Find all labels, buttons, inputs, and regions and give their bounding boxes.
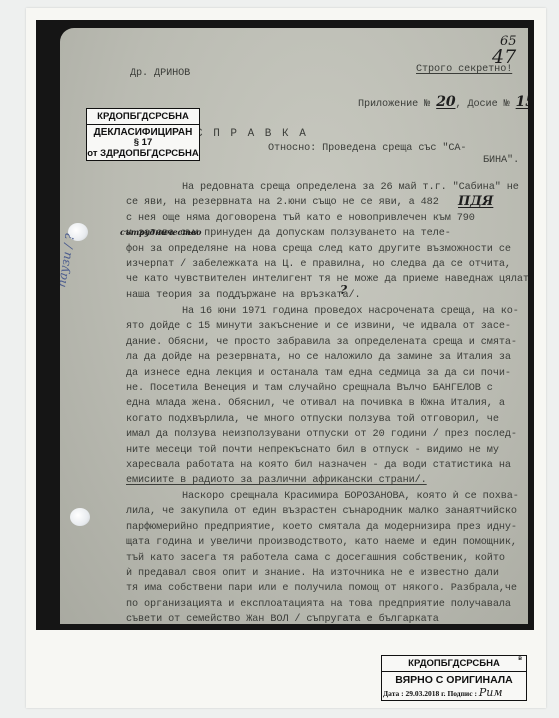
paragraph-3: Наскоро срещнала Красимира БОРОЗАНОВА, к… <box>126 489 528 624</box>
handwritten-question-mark: ? <box>340 283 347 297</box>
text-line: дание. Обясни, че просто забравила за оп… <box>126 335 528 350</box>
stamp-certified-text: ВЯРНО С ОРИГИНАЛА <box>382 672 526 686</box>
handwritten-margin-note: паузи / ? <box>60 233 77 289</box>
text-line: съвети от семейство Жан ВОЛ / съпругата … <box>126 612 528 624</box>
text-line: наша теория за поддържане на връзката/. <box>126 288 528 303</box>
text-line: ято дойде с 15 минути закъснение и се из… <box>126 319 528 334</box>
stamp-agency: КРДОПБГДСРСБНА <box>408 658 500 669</box>
signature-label: Подпис : <box>447 689 477 698</box>
appendix-label: Приложение № <box>358 99 430 110</box>
text-line: когато подхвърлила, че много отпуски пол… <box>126 412 528 427</box>
addressee: Др. ДРИНОВ <box>130 66 190 81</box>
handwritten-margin-word: сътрудничество <box>120 227 201 237</box>
text-line: с нея още няма договорена тъй като е нов… <box>126 211 528 226</box>
certified-copy-stamp: КРДОПБГДСРСБНА в ВЯРНО С ОРИГИНАЛА Дата … <box>381 655 527 701</box>
stamp-date-signature: Дата : 29.03.2018 г. Подпис : Рим <box>382 686 526 699</box>
text-line: лила, че закупила от един възрастен съна… <box>126 504 528 519</box>
stamp-section: § 17 <box>87 138 199 148</box>
paragraph-2: На 16 юни 1971 година проведох насрочена… <box>126 304 528 489</box>
signature: Рим <box>479 686 503 699</box>
date-value: 29.03.2018 г. <box>406 689 446 698</box>
handwritten-code: ПДЯ <box>458 194 493 209</box>
file-number: 15 <box>516 94 528 110</box>
text-line: тя има собствени пари или е получила пом… <box>126 581 528 596</box>
text-line: парфюмерийно предприятие, което смятала … <box>126 520 528 535</box>
text-line: Наскоро срещнала Красимира БОРОЗАНОВА, к… <box>126 489 528 504</box>
declassified-stamp: КРДОПБГДСРСБНА ДЕКЛАСИФИЦИРАН § 17 от ЗД… <box>86 108 200 161</box>
text-line: емисиите в радиото за различни африканск… <box>126 473 528 488</box>
text-line: тъй като засега тя работела сама с досег… <box>126 551 528 566</box>
text-line: щата година и увеличи производството, ка… <box>126 535 528 550</box>
text-line: ѝ предавал своя опит и знание. На източн… <box>126 566 528 581</box>
text-line: харесвала работата на която бил назначен… <box>126 458 528 473</box>
text-line: да изнесе една лекция и останала там едн… <box>126 366 528 381</box>
text-line: по организацията и експлоатацията на тов… <box>126 597 528 612</box>
stamp-agency: КРДОПБГДСРСБНА <box>87 109 199 125</box>
appendix-line: Приложение № 20, Досие № 15 <box>358 95 528 112</box>
text-line: една млада жена. Обяснил, че отивал на п… <box>126 396 528 411</box>
archive-number: 47 <box>492 46 516 68</box>
subject-line-1: Относно: Проведена среща със "СА- <box>268 141 466 156</box>
punch-hole <box>70 508 90 526</box>
photocopy-sheet: Др. ДРИНОВ Строго секретно! 65 47 Прилож… <box>26 8 546 708</box>
stamp-corner-mark: в <box>518 656 522 662</box>
appendix-number: 20 <box>436 94 455 110</box>
subject-line-2: БИНА". <box>483 153 519 168</box>
text-line: че като чувствителен интелигент тя не мо… <box>126 272 528 287</box>
text-line: На 16 юни 1971 година проведох насрочена… <box>126 304 528 319</box>
text-line: изчерпат / забележката на Ц. е правилна,… <box>126 257 528 272</box>
stamp-law: от ЗДРДОПБГДСРСБНА <box>87 148 199 159</box>
text-line: не. Посетила Венеция и там случайно срещ… <box>126 381 528 396</box>
file-label: Досие № <box>468 99 510 110</box>
text-line: ла да дойде на резервната, но се наложил… <box>126 350 528 365</box>
text-line: ните месеци той почти непрекъснато бил в… <box>126 443 528 458</box>
text-line: фон за определяне на нова среща след кат… <box>126 242 528 257</box>
date-label: Дата : <box>383 689 404 698</box>
text-line: имал да ползува неизползувани отпуски от… <box>126 427 528 442</box>
